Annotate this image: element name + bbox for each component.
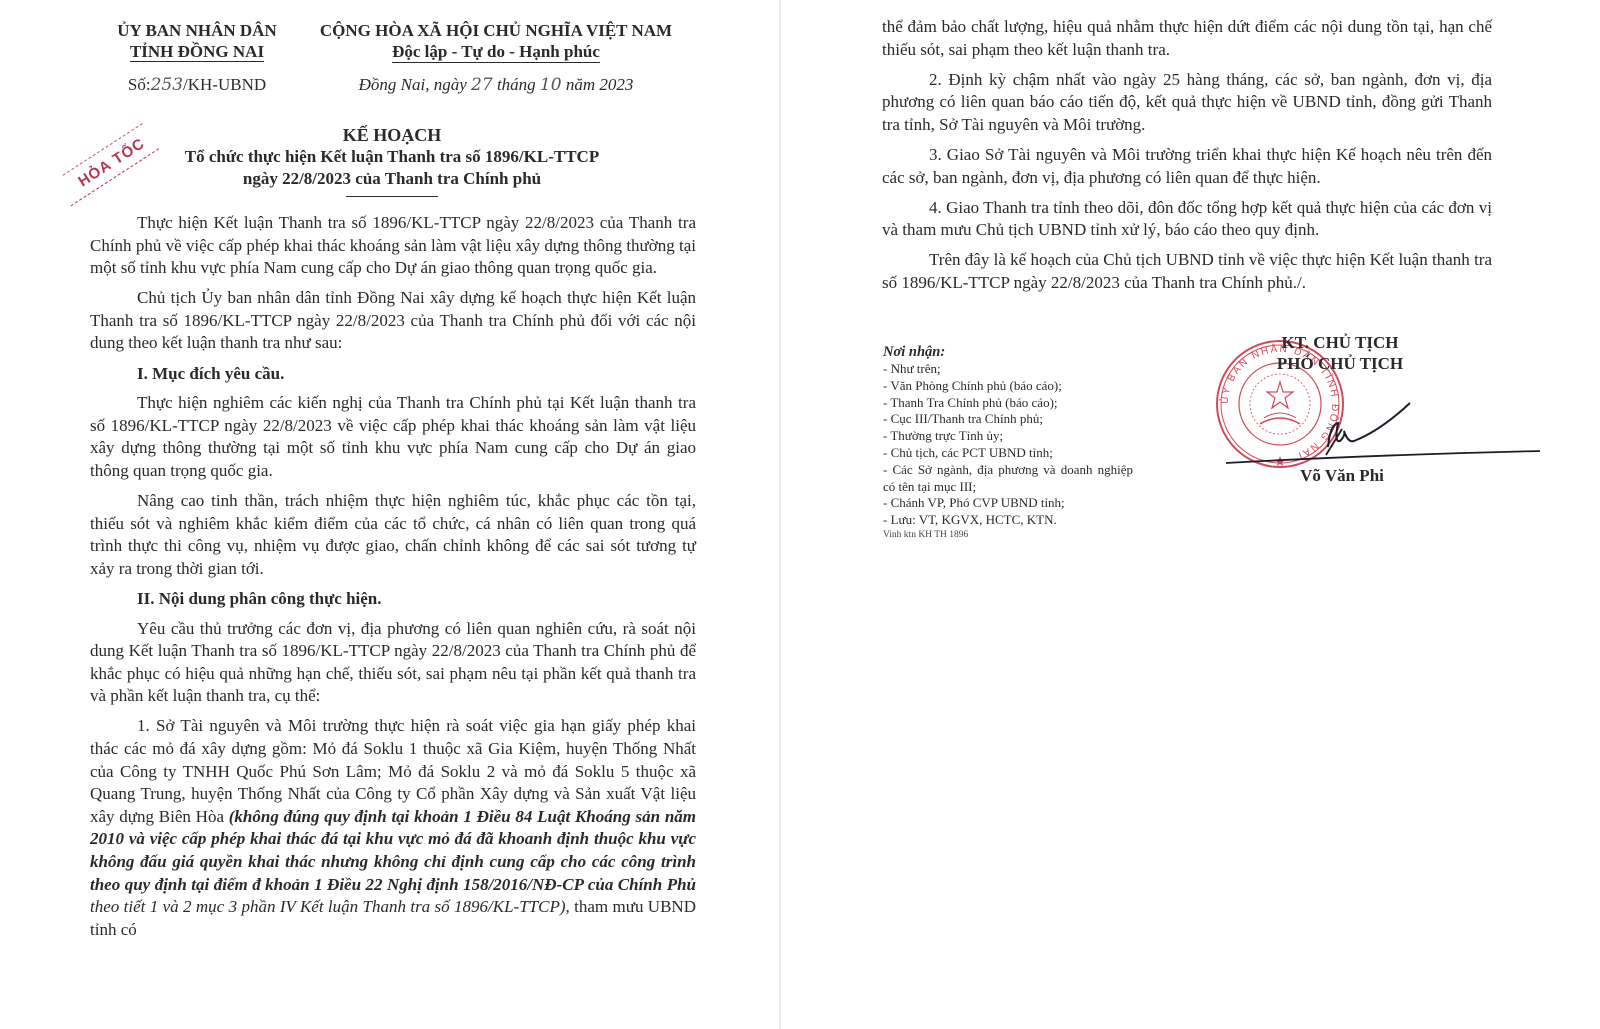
handwritten-number: 253	[151, 75, 183, 95]
recipients-title: Nơi nhận:	[883, 344, 1133, 361]
title-line-2: ngày 22/8/2023 của Thanh tra Chính phủ	[92, 168, 692, 190]
document-type: KẾ HOẠCH	[92, 124, 692, 146]
recipient-item: - Chủ tịch, các PCT UBND tỉnh;	[883, 445, 1133, 462]
handwritten-month: 10	[540, 75, 562, 95]
recipient-item: - Cục III/Thanh tra Chính phủ;	[883, 411, 1133, 428]
recipient-item: - Chánh VP, Phó CVP UBND tỉnh;	[883, 495, 1133, 512]
handwritten-day: 27	[471, 75, 493, 95]
recipient-item: - Thường trực Tỉnh ủy;	[883, 428, 1133, 445]
list-item: 1. Sở Tài nguyên và Môi trường thực hiện…	[90, 715, 696, 941]
agency-line-1: ỦY BAN NHÂN DÂN	[92, 20, 302, 41]
handwritten-signature-icon	[1220, 395, 1550, 470]
recipient-item: - Lưu: VT, KGVX, HCTC, KTN.	[883, 512, 1133, 529]
body-text-right: thể đảm bảo chất lượng, hiệu quả nhằm th…	[882, 16, 1492, 302]
paragraph: thể đảm bảo chất lượng, hiệu quả nhằm th…	[882, 16, 1492, 61]
signer-name: Võ Văn Phi	[1222, 466, 1462, 486]
paragraph: Chủ tịch Ủy ban nhân dân tỉnh Đồng Nai x…	[90, 287, 696, 355]
signature-block: KT. CHỦ TỊCH PHÓ CHỦ TỊCH	[1220, 332, 1460, 374]
closing-paragraph: Trên đây là kế hoạch của Chủ tịch UBND t…	[882, 249, 1492, 294]
list-item: 3. Giao Sở Tài nguyên và Môi trường triể…	[882, 144, 1492, 189]
list-item: 2. Định kỳ chậm nhất vào ngày 25 hàng th…	[882, 69, 1492, 137]
paragraph: Yêu cầu thủ trưởng các đơn vị, địa phươn…	[90, 618, 696, 708]
document-number: Số:253/KH-UBND	[92, 75, 302, 95]
title-line-1: Tổ chức thực hiện Kết luận Thanh tra số …	[92, 146, 692, 168]
national-motto: Độc lập - Tự do - Hạnh phúc	[300, 41, 692, 62]
paragraph: Nâng cao tinh thần, trách nhiệm thực hiệ…	[90, 490, 696, 580]
recipient-item: - Các Sở ngành, địa phương và doanh nghi…	[883, 462, 1133, 496]
file-code: Vinh ktn KH TH 1896	[883, 529, 1133, 541]
national-header: CỘNG HÒA XÃ HỘI CHỦ NGHĨA VIỆT NAM Độc l…	[300, 20, 692, 62]
signer-position: PHÓ CHỦ TỊCH	[1220, 353, 1460, 374]
title-underline	[346, 196, 438, 197]
recipient-item: - Như trên;	[883, 361, 1133, 378]
signer-authority: KT. CHỦ TỊCH	[1220, 332, 1460, 353]
list-item: 4. Giao Thanh tra tỉnh theo dõi, đôn đốc…	[882, 197, 1492, 242]
document-title: KẾ HOẠCH Tổ chức thực hiện Kết luận Than…	[92, 124, 692, 197]
recipient-item: - Văn Phòng Chính phủ (báo cáo);	[883, 378, 1133, 395]
agency-line-2: TỈNH ĐỒNG NAI	[92, 41, 302, 62]
paragraph: Thực hiện Kết luận Thanh tra số 1896/KL-…	[90, 212, 696, 280]
issuing-agency: ỦY BAN NHÂN DÂN TỈNH ĐỒNG NAI	[92, 20, 302, 62]
paragraph: Thực hiện nghiêm các kiến nghị của Thanh…	[90, 392, 696, 482]
country-name: CỘNG HÒA XÃ HỘI CHỦ NGHĨA VIỆT NAM	[300, 20, 692, 41]
section-heading: II. Nội dung phân công thực hiện.	[90, 588, 696, 611]
body-text-left: Thực hiện Kết luận Thanh tra số 1896/KL-…	[90, 212, 696, 949]
recipients-list: Nơi nhận: - Như trên; - Văn Phòng Chính …	[883, 344, 1133, 541]
document-date: Đồng Nai, ngày 27 tháng 10 năm 2023	[300, 75, 692, 95]
recipient-item: - Thanh Tra Chính phủ (báo cáo);	[883, 395, 1133, 412]
section-heading: I. Mục đích yêu cầu.	[90, 363, 696, 386]
document-page-left: ỦY BAN NHÂN DÂN TỈNH ĐỒNG NAI CỘNG HÒA X…	[0, 0, 778, 1029]
